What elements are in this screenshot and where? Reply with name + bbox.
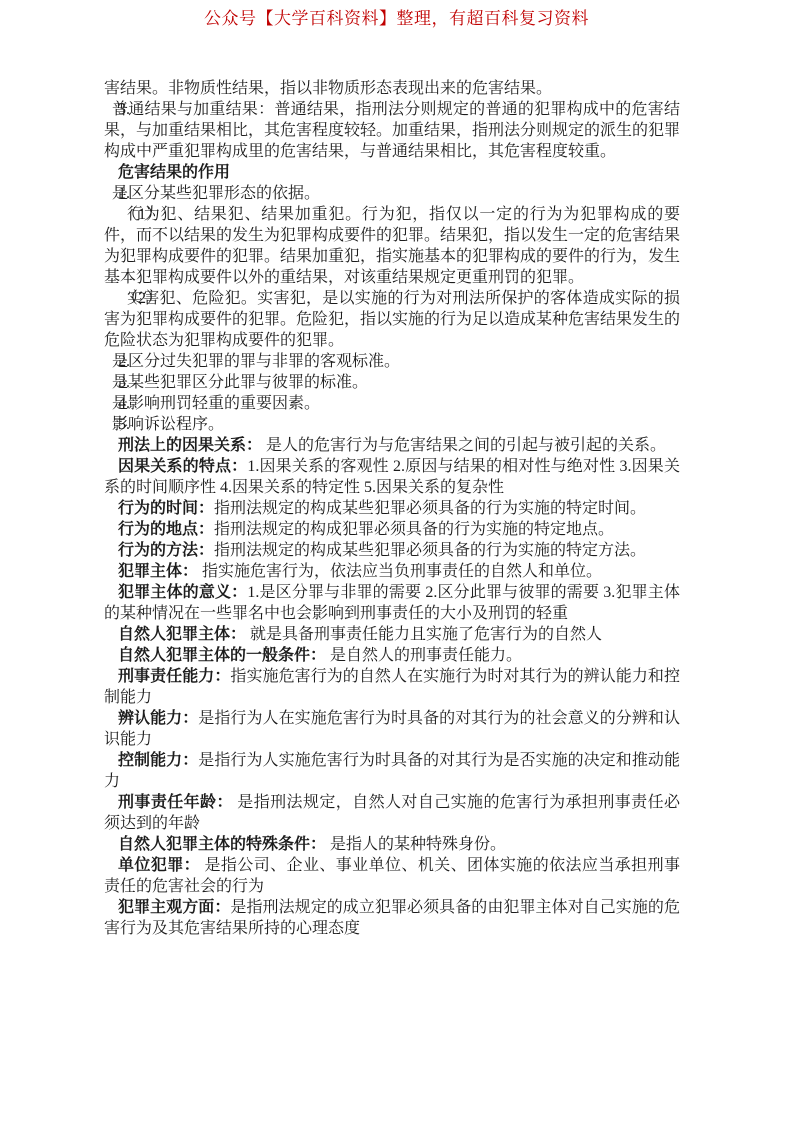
list-item: 3.是某些犯罪区分此罪与彼罪的标准。	[104, 372, 680, 393]
sub-list-item: （2）实害犯、危险犯。实害犯，是以实施的行为对刑法所保护的客体造成实际的损害为犯…	[104, 288, 680, 351]
sub-list-item: （1）行为犯、结果犯、结果加重犯。行为犯，指仅以一定的行为为犯罪构成的要件，而不…	[104, 204, 680, 288]
list-number: 5.	[118, 414, 130, 435]
definition-paragraph: 刑法上的因果关系： 是人的危害行为与危害结果之间的引起与被引起的关系。	[104, 435, 680, 456]
definition-paragraph: 犯罪主体的意义：1.是区分罪与非罪的需要 2.区分此罪与彼罪的需要 3.犯罪主体…	[104, 582, 680, 624]
definition-term: 行为的地点：	[118, 521, 214, 538]
list-item-text: 是区分过失犯罪的罪与非罪的客观标准。	[112, 353, 400, 370]
definition-text: 指实施危害行为，依法应当负刑事责任的自然人和单位。	[198, 563, 602, 580]
list-item-text: 是某些犯罪区分此罪与彼罪的标准。	[112, 374, 368, 391]
list-number: 2.	[118, 351, 130, 372]
definition-text: 指刑法规定的构成某些犯罪必须具备的行为实施的特定方法。	[214, 542, 646, 559]
definition-term: 犯罪主观方面：	[118, 899, 230, 916]
list-item: 2.是区分过失犯罪的罪与非罪的客观标准。	[104, 351, 680, 372]
list-item: 4.是影响刑罚轻重的重要因素。	[104, 393, 680, 414]
definition-paragraph: 犯罪主体： 指实施危害行为，依法应当负刑事责任的自然人和单位。	[104, 561, 680, 582]
definition-paragraph: 单位犯罪： 是指公司、企业、事业单位、机关、团体实施的依法应当承担刑事责任的危害…	[104, 855, 680, 897]
list-item: 3.普通结果与加重结果：普通结果，指刑法分则规定的普通的犯罪构成中的危害结果，与…	[104, 99, 680, 162]
definition-paragraph: 行为的地点：指刑法规定的构成犯罪必须具备的行为实施的特定地点。	[104, 519, 680, 540]
list-item: 5.影响诉讼程序。	[104, 414, 680, 435]
definition-paragraph: 行为的方法：指刑法规定的构成某些犯罪必须具备的行为实施的特定方法。	[104, 540, 680, 561]
definition-paragraph: 行为的时间：指刑法规定的构成某些犯罪必须具备的行为实施的特定时间。	[104, 498, 680, 519]
definition-text: 是人的危害行为与危害结果之间的引起与被引起的关系。	[262, 437, 666, 454]
list-number: 4.	[118, 393, 130, 414]
list-item: 1.是区分某些犯罪形态的依据。	[104, 183, 680, 204]
definition-text: 就是具备刑事责任能力且实施了危害行为的自然人	[246, 626, 602, 643]
definition-paragraph: 因果关系的特点：1.因果关系的客观性 2.原因与结果的相对性与绝对性 3.因果关…	[104, 456, 680, 498]
definition-paragraph: 刑事责任能力：指实施危害行为的自然人在实施行为时对其行为的辨认能力和控制能力	[104, 666, 680, 708]
definition-term: 自然人犯罪主体：	[118, 626, 246, 643]
list-number: 3.	[118, 99, 130, 120]
definition-term: 控制能力：	[118, 752, 198, 769]
list-number: 3.	[118, 372, 130, 393]
paragraph-continuation: 害结果。非物质性结果，指以非物质形态表现出来的危害结果。	[104, 78, 680, 99]
definition-term: 行为的时间：	[118, 500, 214, 517]
document-page: 公众号【大学百科资料】整理，有超百科复习资料 害结果。非物质性结果，指以非物质形…	[0, 0, 793, 1122]
page-header: 公众号【大学百科资料】整理，有超百科复习资料	[0, 8, 793, 30]
sub-list-number: （2）	[122, 288, 162, 309]
definition-term: 犯罪主体的意义：	[118, 584, 247, 601]
list-item-text: 是影响刑罚轻重的重要因素。	[112, 395, 320, 412]
definition-term: 刑事责任年龄：	[118, 794, 233, 811]
list-item-text: 普通结果与加重结果：普通结果，指刑法分则规定的普通的犯罪构成中的危害结果，与加重…	[104, 101, 680, 160]
definition-paragraph: 控制能力：是指行为人实施危害行为时具备的对其行为是否实施的决定和推动能力	[104, 750, 680, 792]
definition-paragraph: 犯罪主观方面：是指刑法规定的成立犯罪必须具备的由犯罪主体对自己实施的危害行为及其…	[104, 897, 680, 939]
definition-text: 指刑法规定的构成犯罪必须具备的行为实施的特定地点。	[214, 521, 614, 538]
document-body: 害结果。非物质性结果，指以非物质形态表现出来的危害结果。 3.普通结果与加重结果…	[104, 78, 680, 939]
sub-list-number: （1）	[122, 204, 162, 225]
definition-text: 是自然人的刑事责任能力。	[326, 647, 522, 664]
definition-term: 自然人犯罪主体的一般条件：	[118, 647, 326, 664]
definition-paragraph: 刑事责任年龄： 是指刑法规定，自然人对自己实施的危害行为承担刑事责任必须达到的年…	[104, 792, 680, 834]
section-heading: 危害结果的作用	[104, 162, 680, 183]
definition-term: 因果关系的特点：	[118, 458, 247, 475]
definition-term: 行为的方法：	[118, 542, 214, 559]
definition-term: 刑法上的因果关系：	[118, 437, 262, 454]
definition-paragraph: 自然人犯罪主体： 就是具备刑事责任能力且实施了危害行为的自然人	[104, 624, 680, 645]
definition-term: 犯罪主体：	[118, 563, 198, 580]
definition-paragraph: 辨认能力：是指行为人在实施危害行为时具备的对其行为的社会意义的分辨和认识能力	[104, 708, 680, 750]
definition-text: 指刑法规定的构成某些犯罪必须具备的行为实施的特定时间。	[214, 500, 646, 517]
definition-text: 是指人的某种特殊身份。	[326, 836, 506, 853]
definition-term: 自然人犯罪主体的特殊条件：	[118, 836, 326, 853]
definition-paragraph: 自然人犯罪主体的一般条件： 是自然人的刑事责任能力。	[104, 645, 680, 666]
sub-list-item-text: 行为犯、结果犯、结果加重犯。行为犯，指仅以一定的行为为犯罪构成的要件，而不以结果…	[104, 206, 680, 286]
list-item-text: 是区分某些犯罪形态的依据。	[112, 185, 320, 202]
definition-term: 单位犯罪：	[118, 857, 200, 874]
sub-list-item-text: 实害犯、危险犯。实害犯，是以实施的行为对刑法所保护的客体造成实际的损害为犯罪构成…	[104, 290, 680, 349]
definition-paragraph: 自然人犯罪主体的特殊条件： 是指人的某种特殊身份。	[104, 834, 680, 855]
list-number: 1.	[118, 183, 130, 204]
definition-term: 辨认能力：	[118, 710, 198, 727]
definition-term: 刑事责任能力：	[118, 668, 230, 685]
